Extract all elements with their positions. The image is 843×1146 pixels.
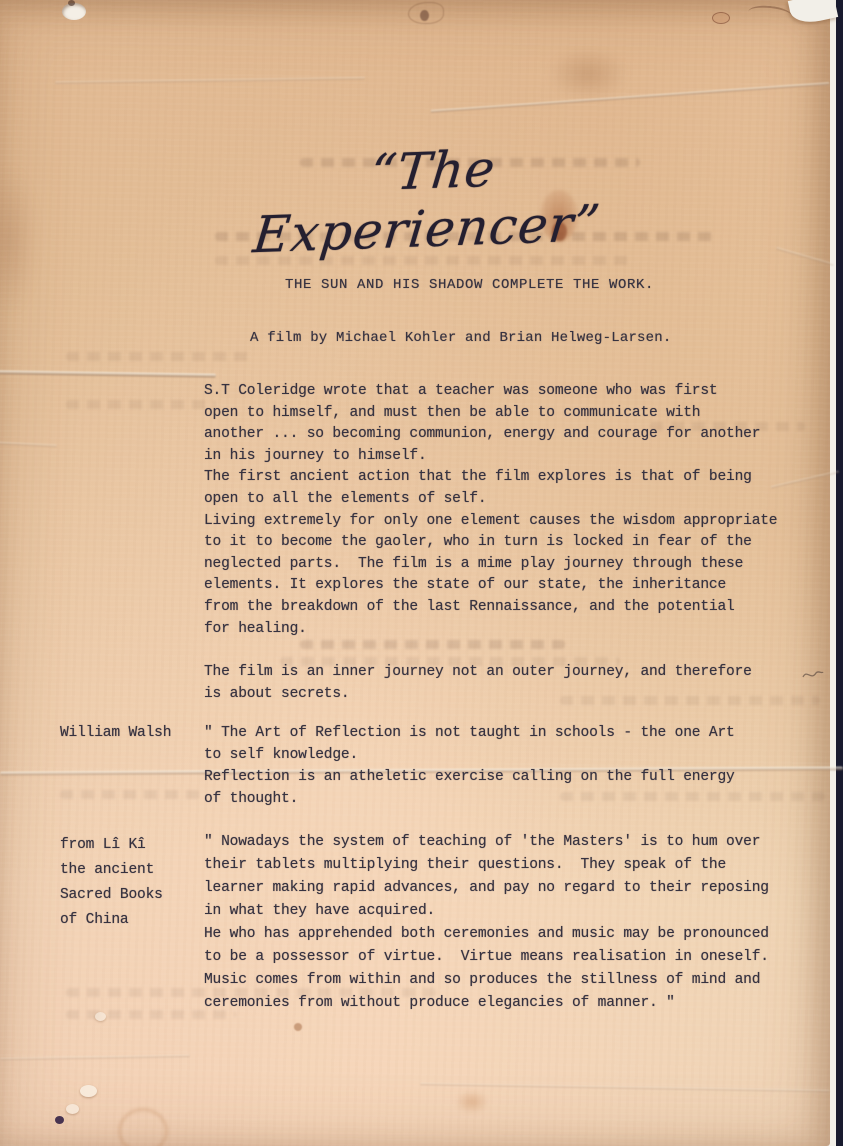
- mark-top-center-loop: [408, 2, 444, 24]
- paper-sheet: “The Experiencer” THE SUN AND HIS SHADOW…: [0, 0, 830, 1146]
- byline: A film by Michael Kohler and Brian Helwe…: [250, 330, 671, 346]
- bleedthrough-smudge: [66, 352, 251, 361]
- bleedthrough-smudge: [300, 640, 565, 649]
- speck-top-left: [68, 0, 75, 6]
- secrets-paragraph: The film is an inner journey not an oute…: [204, 661, 752, 705]
- film-title-handwritten: “The Experiencer”: [194, 134, 666, 267]
- blob-bottom-center: [455, 1090, 489, 1114]
- dot-bottom-center: [294, 1023, 302, 1031]
- squiggle-right-margin: [802, 668, 824, 682]
- attribution-william-walsh: William Walsh: [60, 722, 171, 744]
- tagline-heading: THE SUN AND HIS SHADOW COMPLETE THE WORK…: [285, 277, 654, 293]
- tear-mark-right-1: [712, 12, 730, 24]
- bump-bottom-left-1: [80, 1085, 97, 1097]
- quote-li-ki: " Nowadays the system of teaching of 'th…: [204, 831, 769, 1015]
- bump-bottom-left-3: [95, 1012, 106, 1021]
- scanned-page: “The Experiencer” THE SUN AND HIS SHADOW…: [0, 0, 843, 1146]
- ring-stain-bottom: [118, 1108, 168, 1146]
- smudge-top-right: [548, 48, 628, 100]
- hole-top-left: [62, 3, 86, 20]
- bump-bottom-left-2: [66, 1104, 79, 1114]
- intro-paragraph: S.T Coleridge wrote that a teacher was s…: [204, 381, 777, 640]
- speck-bottom-left-dark: [55, 1116, 64, 1124]
- quote-william-walsh: " The Art of Reflection is not taught in…: [204, 722, 735, 810]
- attribution-li-ki: from Lî Kî the ancient Sacred Books of C…: [60, 833, 163, 933]
- bleedthrough-smudge: [60, 790, 200, 799]
- bleedthrough-smudge: [66, 400, 216, 409]
